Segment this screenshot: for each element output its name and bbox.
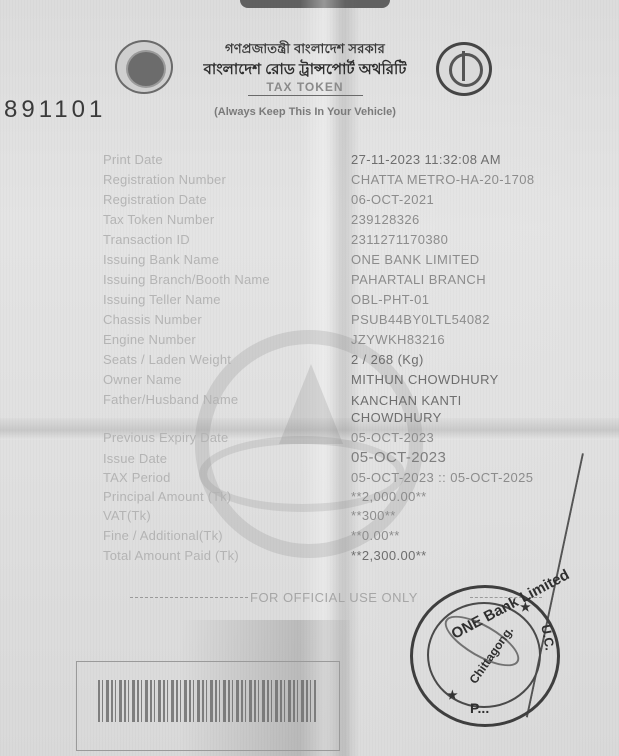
government-seal-icon [115, 40, 173, 94]
document-title: TAX TOKEN [190, 80, 420, 94]
official-divider-left [130, 597, 248, 598]
barcode-icon [98, 680, 316, 722]
brta-logo-icon [436, 42, 492, 96]
title-underline [248, 95, 363, 96]
stamp-star-icon: ★ [520, 600, 531, 614]
stamp-star-icon: ★ [447, 688, 458, 702]
stamp-bottom-text: P... [470, 700, 489, 716]
document-subtitle: (Always Keep This In Your Vehicle) [180, 106, 430, 118]
official-use-label: FOR OFFICIAL USE ONLY [250, 590, 418, 605]
serial-number: 891101 [4, 96, 106, 124]
